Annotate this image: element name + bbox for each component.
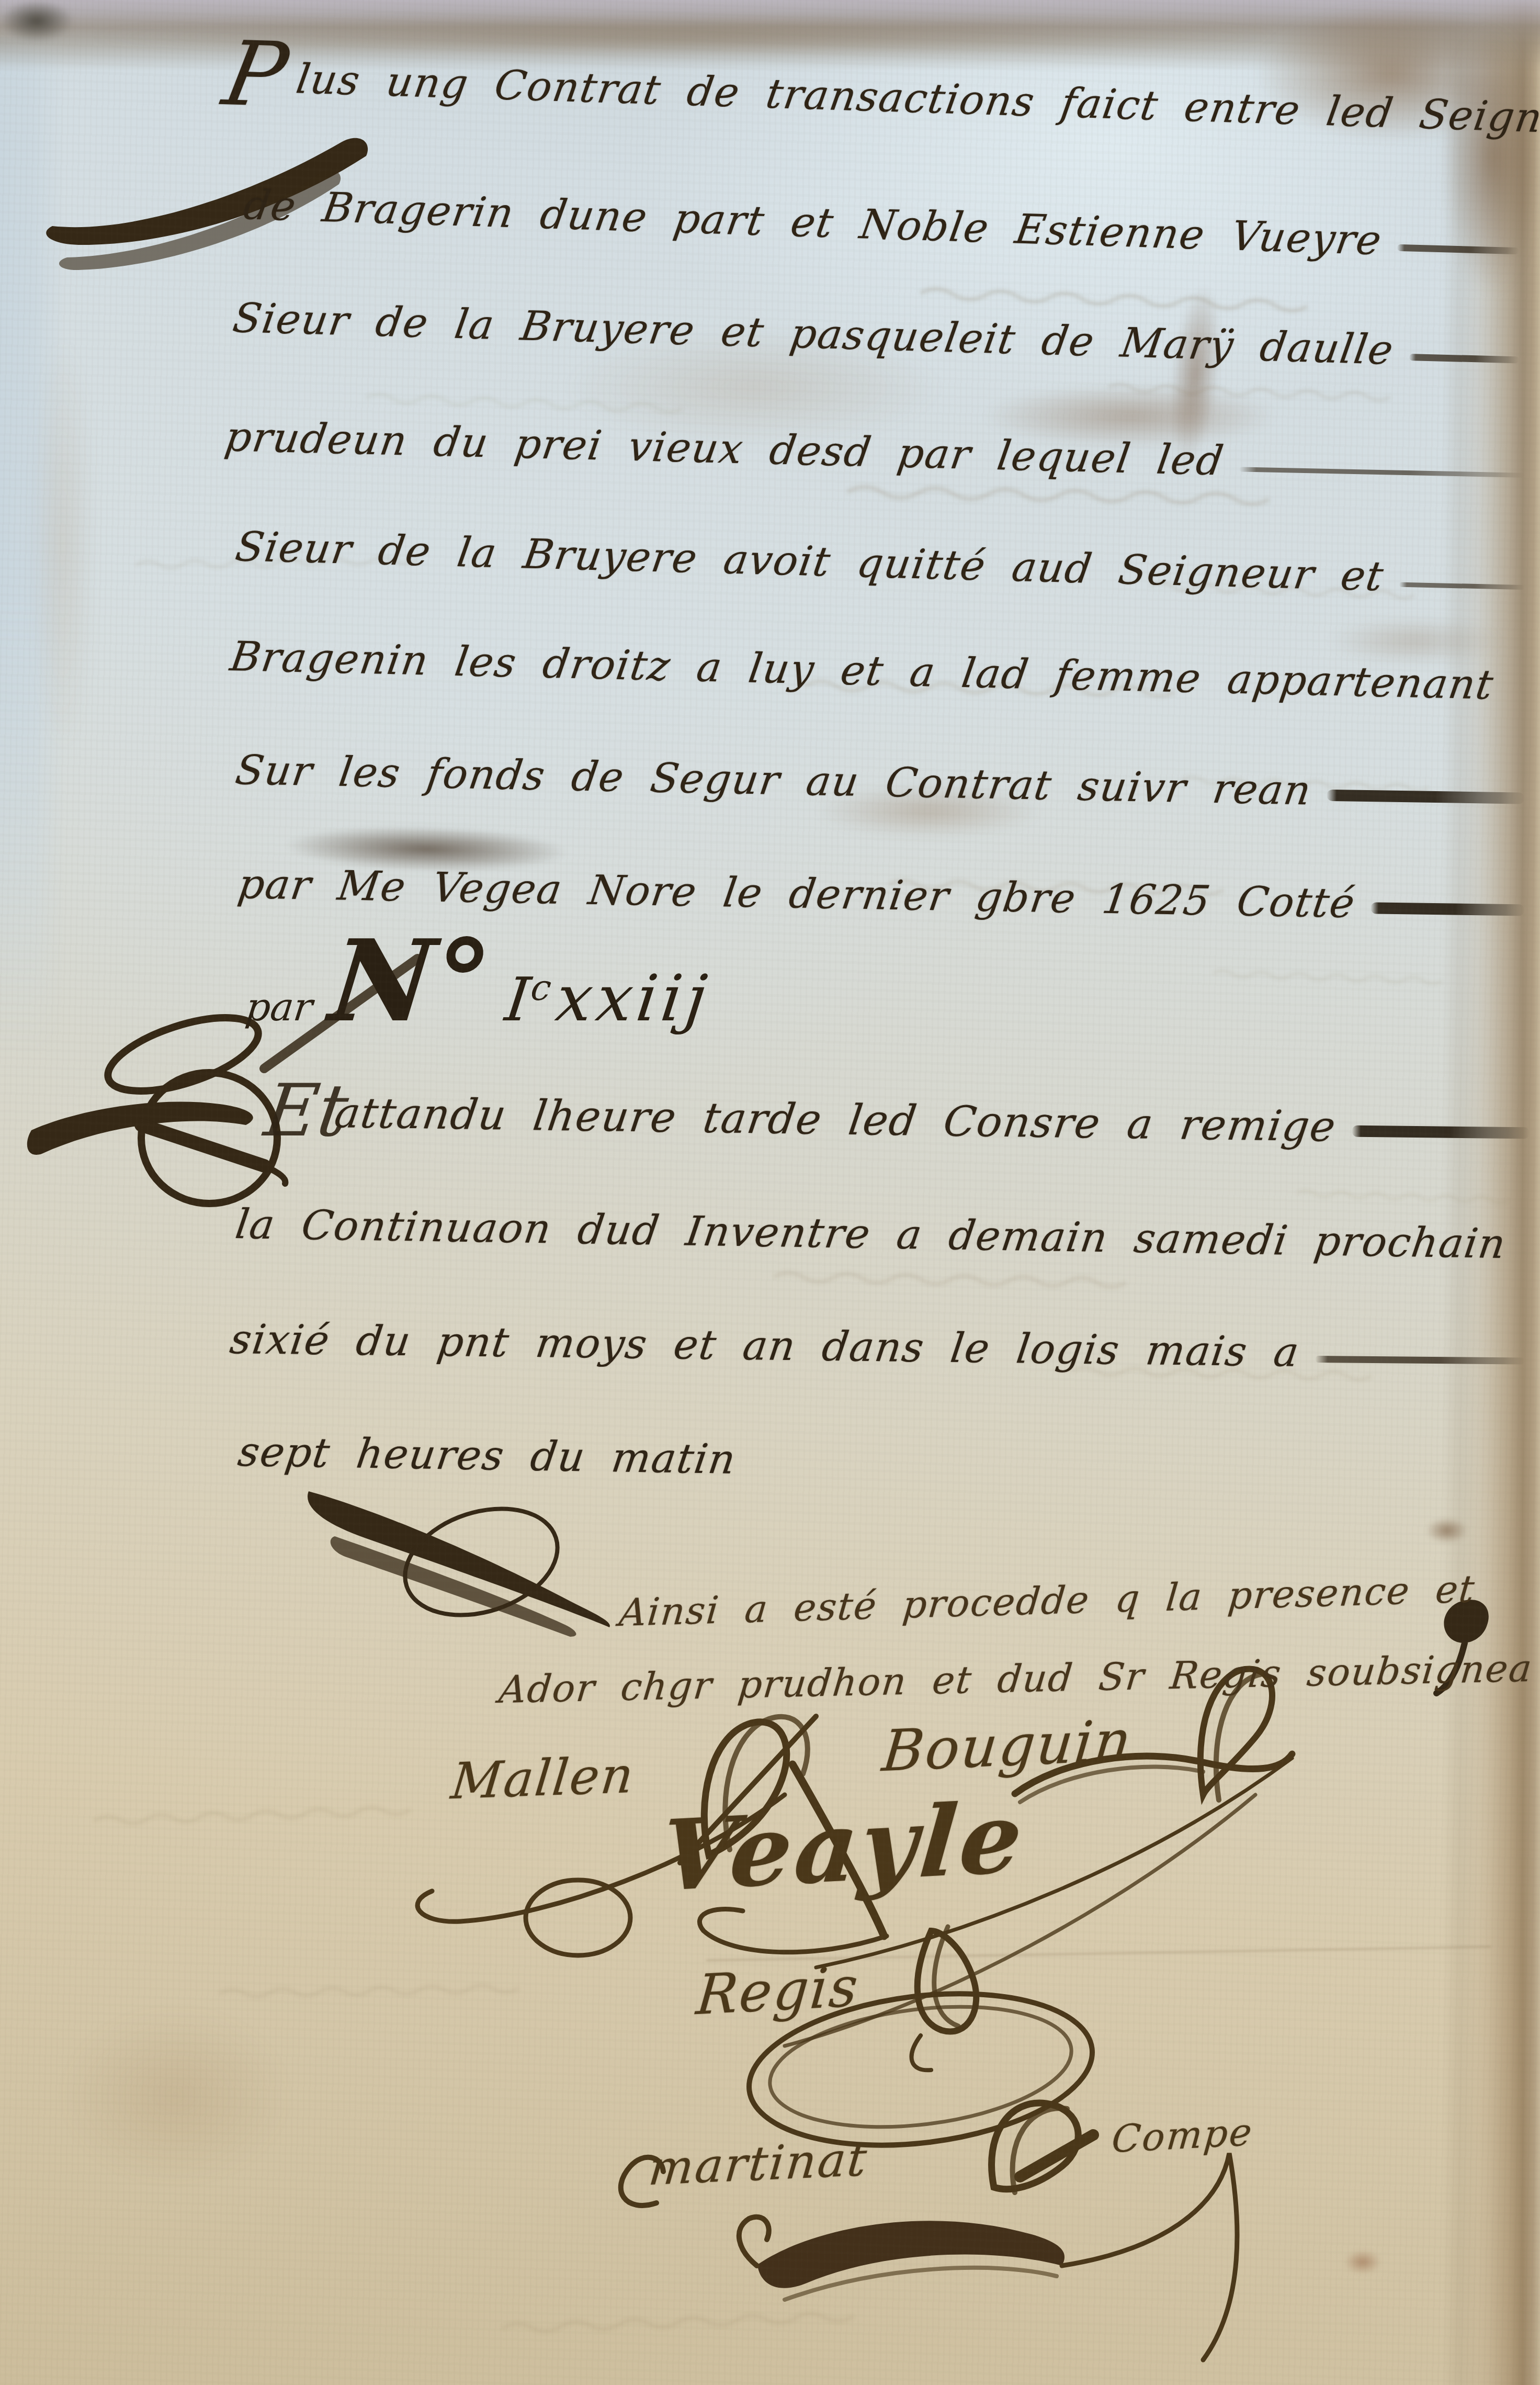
regis-paraph	[918, 1931, 977, 2031]
line-text: sixié du pnt moys et an dans le logis ma…	[228, 1319, 1302, 1375]
stain	[1426, 1517, 1468, 1544]
binding-corner-shadow	[0, 0, 73, 42]
line-text: Ador chgr prudhon et dud Sr Regis soubsi…	[497, 1649, 1534, 1710]
line-text: Ainsi a esté procedde q la presence et	[617, 1569, 1477, 1633]
manuscript-line: sixié du pnt moys et an dans le logis ma…	[230, 1319, 1528, 1377]
line-filler-stroke	[1239, 467, 1524, 477]
stain	[1329, 617, 1501, 665]
signature-regis: Regis	[695, 1955, 861, 2027]
paragraph1-initial: P	[221, 50, 291, 100]
quill-flourish	[308, 1491, 610, 1627]
line-filler-stroke	[1327, 790, 1525, 804]
line-text: Sieur de la Bruyere avoit quitté aud Sei…	[233, 526, 1387, 599]
signature-clerk-title: Compe	[1111, 2110, 1254, 2161]
closing-line: Ador chgr prudhon et dud Sr Regis soubsi…	[499, 1650, 1456, 1710]
manuscript-line: attandu lheure tarde led Consre a remige	[335, 1091, 1533, 1152]
line-filler-stroke	[1315, 1356, 1525, 1364]
line-text: sept heures du matin	[235, 1431, 739, 1482]
clerk-swoosh	[757, 2221, 1065, 2288]
signature-martinat: martinat	[648, 2132, 869, 2196]
stain	[31, 335, 94, 753]
manuscript-photo: P lus ung Contrat de transactions faict …	[0, 0, 1540, 2385]
manuscript-line: sept heures du matin	[238, 1431, 736, 1482]
line-text: la Continuaon dud Inventre a demain same…	[233, 1203, 1509, 1266]
signature-bouguin: Bouguin	[881, 1708, 1134, 1784]
line-filler-stroke	[1352, 1126, 1530, 1139]
cote-numero-sign: N°	[327, 942, 494, 1021]
line-text: Sur les fonds de Segur au Contrat suivr …	[233, 749, 1315, 813]
stain	[63, 2009, 288, 2182]
signature-mallen: Mallen	[450, 1747, 636, 1810]
cote-prefix: par	[243, 985, 315, 1030]
line-filler-stroke	[1409, 354, 1520, 363]
initial-et-swash	[27, 1102, 253, 1155]
line-filler-stroke	[1371, 902, 1524, 916]
line-text: attandu lheure tarde led Consre a remige	[332, 1091, 1339, 1149]
closing-line: Ainsi a esté procedde q la presence et	[619, 1572, 1389, 1633]
signature-principal: Veayle	[659, 1780, 1028, 1913]
cote-number-line: par N° Ic xxiij	[246, 942, 710, 1036]
cote-roman-numeral: xxiij	[552, 961, 715, 1036]
cote-value: Ic	[502, 965, 554, 1035]
line-filler-stroke	[1399, 582, 1524, 590]
line-text: Bragenin les droitz a luy et a lad femme…	[228, 636, 1497, 707]
line-text: de Bragerin dune part et Noble Estienne …	[241, 184, 1385, 263]
line-filler-stroke	[1397, 244, 1519, 255]
stain	[1344, 2250, 1381, 2274]
manuscript-line: la Continuaon dud Inventre a demain same…	[235, 1203, 1518, 1266]
manuscript-line: de Bragerin dune part et Noble Estienne …	[243, 184, 1523, 267]
martinat-paraph	[992, 2103, 1079, 2189]
manuscript-line: Sieur de la Bruyere avoit quitté aud Sei…	[235, 526, 1528, 603]
